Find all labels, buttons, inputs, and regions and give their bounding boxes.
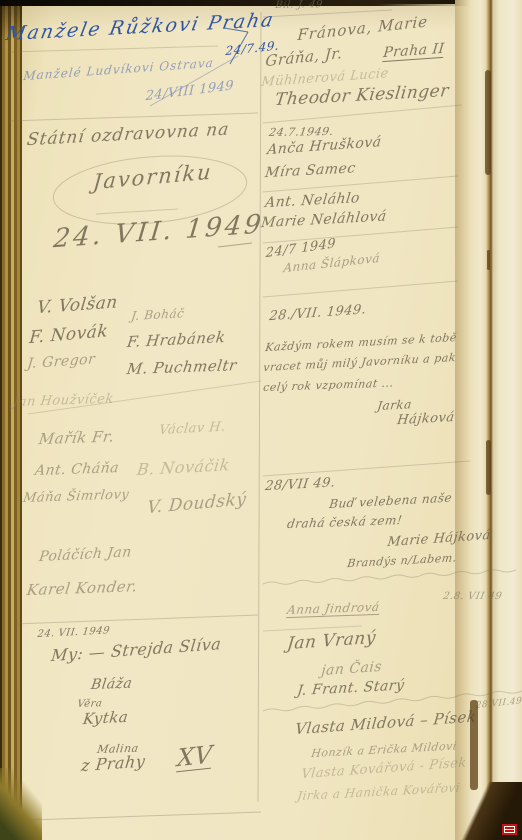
handwriting-entry: Ant. Cháňa [34, 461, 120, 478]
crease-stain [486, 440, 491, 495]
handwriting-entry: J. Boháč [131, 307, 186, 322]
handwriting-entry: Bil. J. 49 [274, 0, 323, 11]
handwriting-entry: 24.7.1949. [268, 126, 334, 138]
handwriting-entry: jan Čais [321, 660, 383, 678]
handwriting-entry: Bláža [90, 677, 133, 693]
handwriting-entry: Hájková [396, 411, 455, 427]
handwriting-entry: Václav H. [158, 421, 226, 438]
handwriting-entry: Jarka [377, 398, 413, 412]
guestbook-scan-page: Manžele Růžkovi Praha24/7.49.Manželé Lud… [0, 0, 522, 840]
crease-stain [485, 70, 491, 175]
handwriting-entry: Máňa Šimrlovy [22, 488, 130, 505]
handwriting-entry: Jan Houžvíček [12, 392, 114, 409]
crease-stain [487, 250, 490, 270]
handwriting-entry: XV [176, 742, 213, 772]
book-binding-edge [0, 0, 22, 840]
handwriting-entry: Karel Konder. [26, 579, 139, 598]
handwriting-entry: 2.8. VII 49 [442, 592, 503, 602]
handwriting-entry: 28/VII 49. [264, 476, 336, 493]
handwriting-entry: Mařík Fr. [38, 429, 115, 447]
handwriting-entry: z Prahy [80, 754, 146, 775]
handwriting-entry: M. Puchmeltr [126, 358, 238, 377]
handwriting-entry: Kytka [82, 710, 129, 727]
bottom-left-corner [0, 768, 42, 840]
crease-stain [470, 700, 478, 790]
top-dark-edge [0, 0, 470, 6]
red-marker-icon [502, 824, 517, 835]
